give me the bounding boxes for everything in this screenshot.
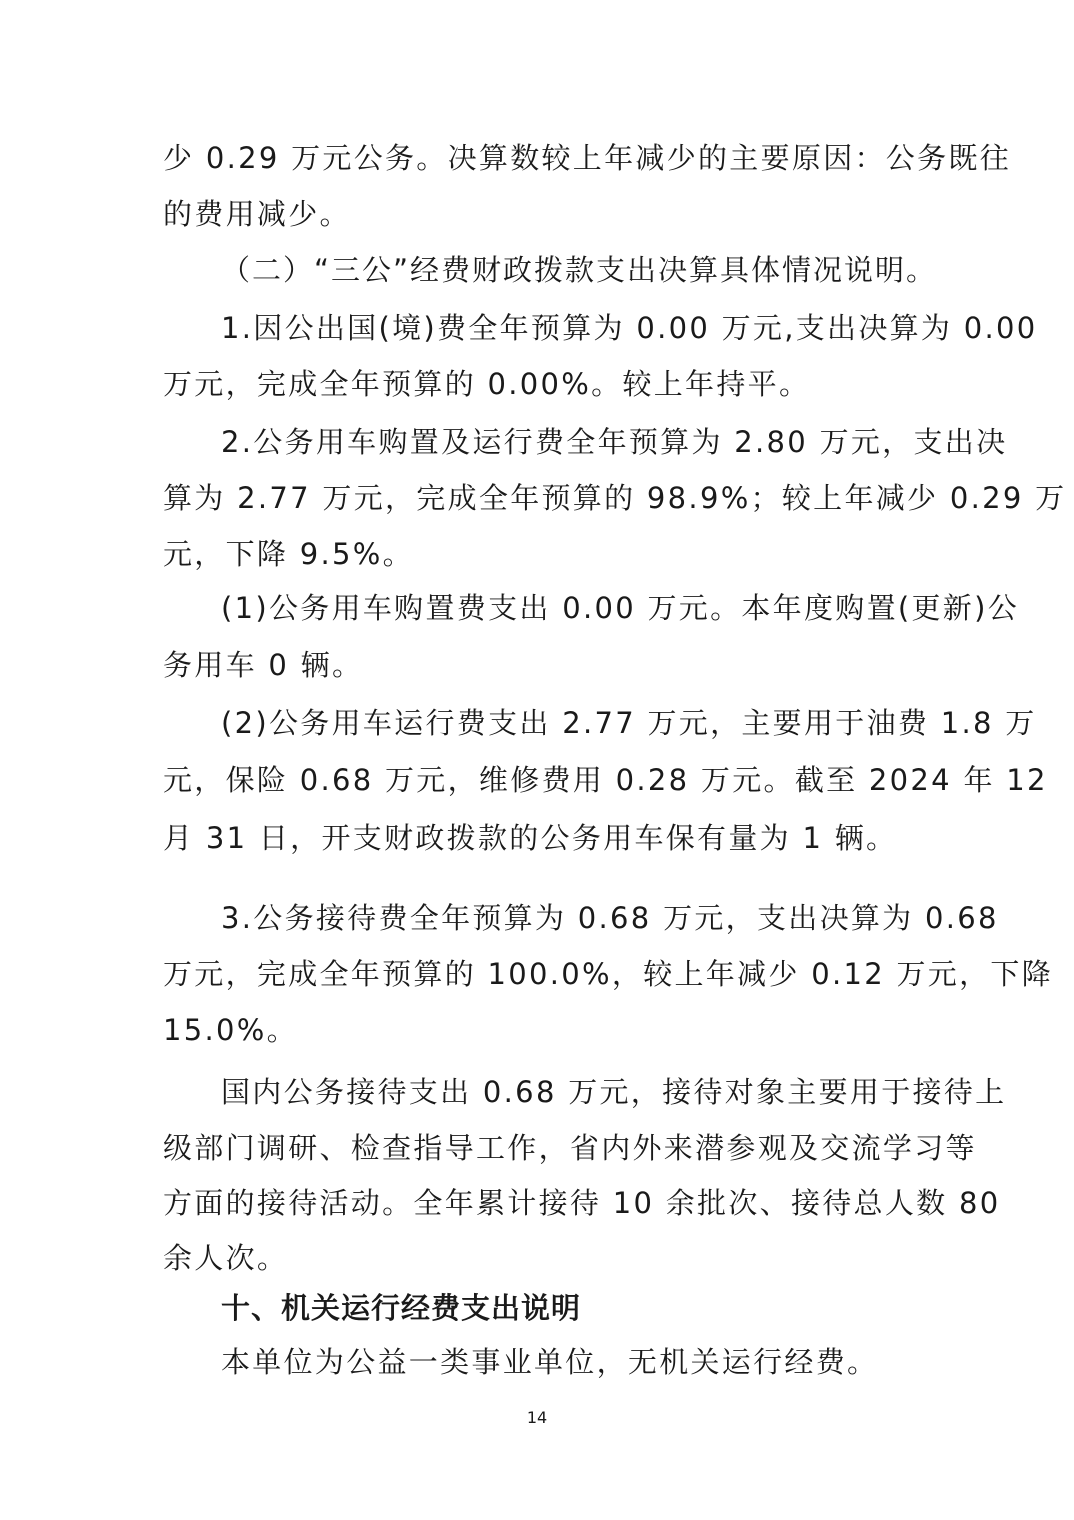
- section-heading: 十、机关运行经费支出说明: [221, 1288, 971, 1328]
- paragraph-line: 少 0.29 万元公务。决算数较上年减少的主要原因：公务既往: [163, 138, 913, 178]
- paragraph-line: 算为 2.77 万元，完成全年预算的 98.9%；较上年减少 0.29 万: [163, 478, 913, 518]
- paragraph-line: 国内公务接待支出 0.68 万元，接待对象主要用于接待上: [221, 1072, 913, 1112]
- paragraph-line: 元，下降 9.5%。: [163, 534, 913, 574]
- subsection-heading: （二）“三公”经费财政拨款支出决算具体情况说明。: [221, 250, 971, 290]
- paragraph-line: 元，保险 0.68 万元，维修费用 0.28 万元。截至 2024 年 12: [163, 760, 913, 800]
- paragraph-line: 月 31 日，开支财政拨款的公务用车保有量为 1 辆。: [163, 818, 913, 858]
- paragraph-line: 务用车 0 辆。: [163, 645, 913, 685]
- paragraph-line: 方面的接待活动。全年累计接待 10 余批次、接待总人数 80: [163, 1183, 913, 1223]
- paragraph-line: 1.因公出国(境)费全年预算为 0.00 万元,支出决算为 0.00: [221, 308, 913, 348]
- paragraph-line: 2.公务用车购置及运行费全年预算为 2.80 万元，支出决: [221, 422, 913, 462]
- page-number: 14: [0, 1408, 1074, 1428]
- paragraph-line: (1)公务用车购置费支出 0.00 万元。本年度购置(更新)公: [221, 588, 913, 628]
- paragraph-line: 15.0%。: [163, 1010, 913, 1050]
- paragraph-line: 的费用减少。: [163, 194, 913, 234]
- paragraph-line: (2)公务用车运行费支出 2.77 万元，主要用于油费 1.8 万: [221, 703, 913, 743]
- paragraph-line: 本单位为公益一类事业单位，无机关运行经费。: [221, 1342, 913, 1382]
- paragraph-line: 级部门调研、检查指导工作，省内外来潜参观及交流学习等: [163, 1128, 913, 1168]
- paragraph-line: 万元，完成全年预算的 100.0%，较上年减少 0.12 万元，下降: [163, 954, 913, 994]
- paragraph-line: 万元，完成全年预算的 0.00%。较上年持平。: [163, 364, 913, 404]
- paragraph-line: 余人次。: [163, 1238, 913, 1278]
- paragraph-line: 3.公务接待费全年预算为 0.68 万元，支出决算为 0.68: [221, 898, 913, 938]
